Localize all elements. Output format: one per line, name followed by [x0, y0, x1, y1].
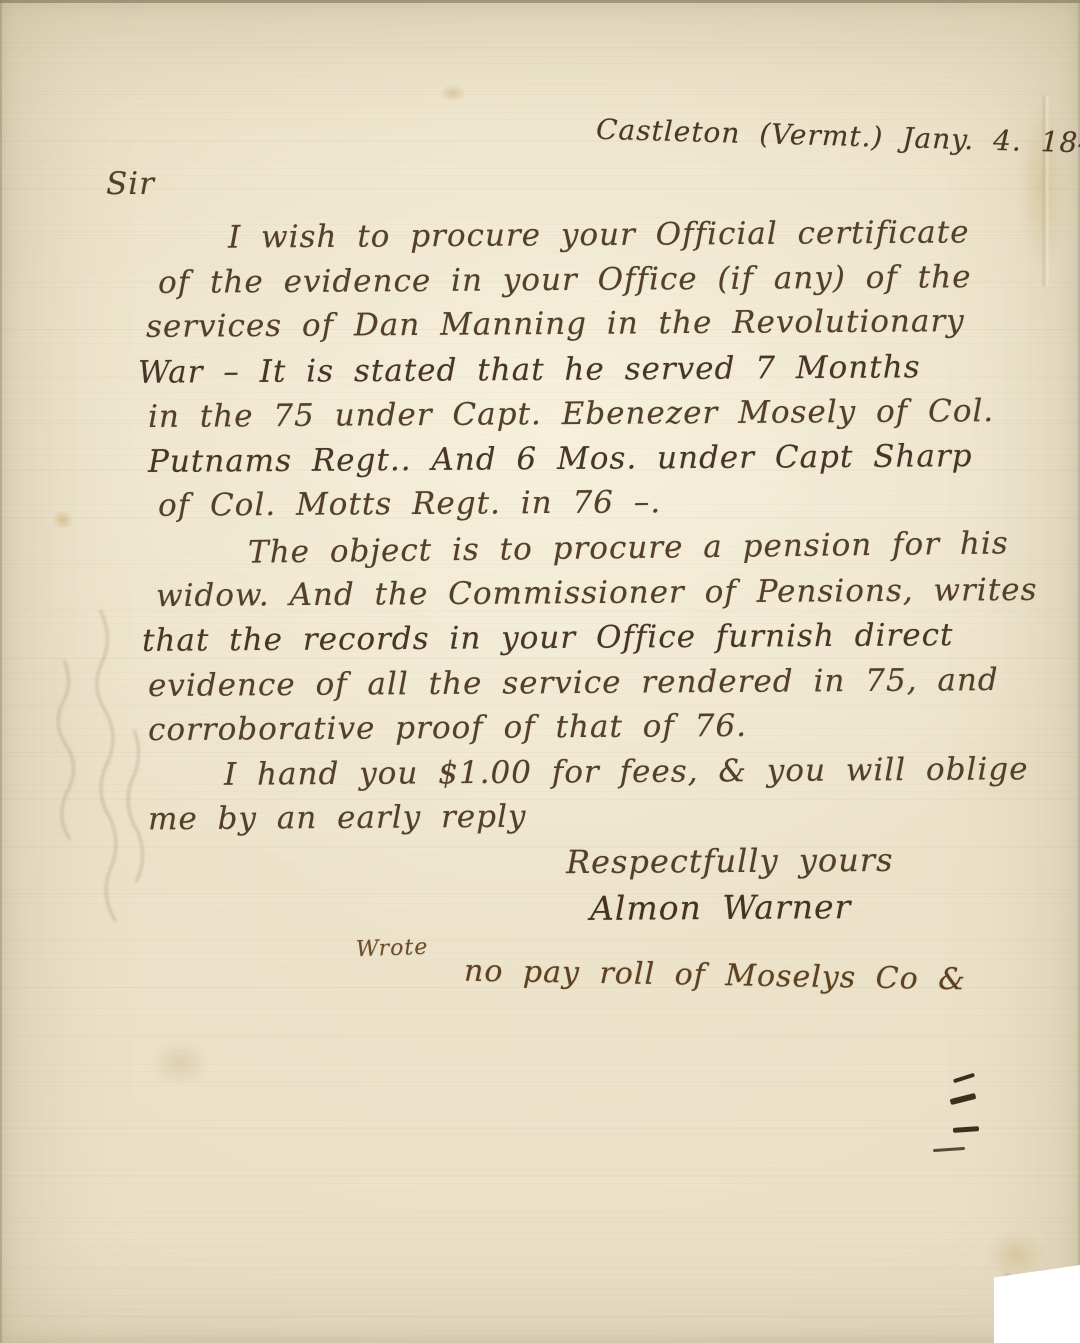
ink-dash	[950, 1093, 977, 1105]
closing: Respectfully yours	[566, 841, 894, 881]
ink-dash	[953, 1073, 975, 1084]
body-line: widow. And the Commissioner of Pensions,…	[156, 572, 1038, 614]
stain	[52, 510, 74, 530]
body-line: War – It is stated that he served 7 Mont…	[138, 349, 921, 390]
ink-dash	[933, 1147, 965, 1152]
stain	[440, 84, 466, 102]
letter-page: Castleton (Vermt.) Jany. 4. 1843 Sir I w…	[0, 0, 1080, 1343]
dateline: Castleton (Vermt.) Jany. 4. 1843	[596, 113, 1080, 161]
docket-note-payroll: no pay roll of Moselys Co &	[464, 954, 967, 998]
body-line: corroborative proof of that of 76.	[148, 708, 747, 748]
signature: Almon Warner	[590, 887, 852, 928]
ink-dash	[953, 1126, 979, 1133]
bleedthrough-writing	[30, 600, 180, 1000]
body-line: Putnams Regt.. And 6 Mos. under Capt Sha…	[148, 438, 973, 480]
body-line: in the 75 under Capt. Ebenezer Mosely of…	[148, 393, 994, 435]
scan-edge-left	[0, 0, 2, 1343]
body-line: me by an early reply	[148, 799, 527, 838]
body-line: that the records in your Office furnish …	[142, 617, 954, 659]
body-line: I hand you $1.00 for fees, & you will ob…	[224, 751, 1029, 793]
docket-note-wrote: Wrote	[356, 935, 429, 963]
body-line: The object is to procure a pension for h…	[248, 525, 1009, 570]
scan-edge-top	[0, 0, 1080, 3]
body-line: services of Dan Manning in the Revolutio…	[146, 303, 965, 345]
corner-notch	[994, 1265, 1080, 1343]
stain	[150, 1040, 210, 1086]
body-line: of Col. Motts Regt. in 76 –.	[158, 484, 661, 524]
body-line: evidence of all the service rendered in …	[148, 662, 999, 704]
salutation: Sir	[106, 166, 155, 202]
body-line: I wish to procure your Official certific…	[228, 214, 970, 255]
body-line: of the evidence in your Office (if any) …	[158, 259, 972, 301]
